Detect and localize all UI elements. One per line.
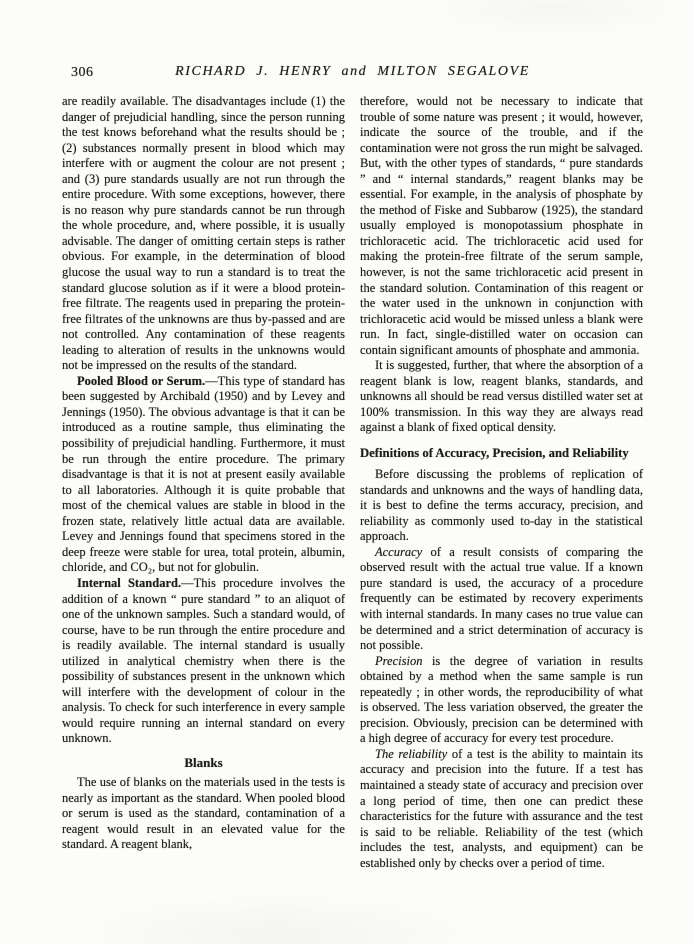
two-column-text-block: are readily available. The disadvantages… [62, 94, 643, 871]
paragraph-use-of-blanks: The use of blanks on the materials used … [62, 775, 345, 853]
page-header: 306 RICHARD J. HENRY and MILTON SEGALOVE [62, 64, 643, 84]
section-heading-definitions: Definitions of Accuracy, Precision, and … [360, 446, 643, 461]
paragraph-body: —This type of standard has been suggeste… [62, 374, 345, 575]
paragraph-reliability: The reliability of a test is the ability… [360, 747, 643, 871]
page-number: 306 [71, 65, 94, 81]
paragraph-body: —This procedure involves the addition of… [62, 576, 345, 745]
paragraph-body: of a result consists of comparing the ob… [360, 545, 643, 652]
paragraph-pooled-blood-or-serum: Pooled Blood or Serum.—This type of stan… [62, 374, 345, 576]
paragraph-precision: Precision is the degree of variation in … [360, 654, 643, 747]
section-heading-blanks: Blanks [62, 755, 345, 770]
run-in-heading-pooled-blood-or-serum: Pooled Blood or Serum. [77, 374, 205, 388]
paragraph-internal-standard: Internal Standard.—This procedure involv… [62, 576, 345, 747]
italic-lead-precision: Precision [375, 654, 422, 668]
paragraph-body: of a test is the ability to maintain its… [360, 747, 643, 870]
paragraph-accuracy: Accuracy of a result consists of compari… [360, 545, 643, 654]
running-head-title: RICHARD J. HENRY and MILTON SEGALOVE [62, 64, 643, 80]
run-in-heading-internal-standard: Internal Standard. [77, 576, 181, 590]
paragraph-reagent-blanks: therefore, would not be necessary to ind… [360, 94, 643, 358]
paragraph-absorption-suggestion: It is suggested, further, that where the… [360, 358, 643, 436]
left-column: are readily available. The disadvantages… [62, 94, 345, 871]
right-column: therefore, would not be necessary to ind… [360, 94, 643, 871]
scanned-page: 306 RICHARD J. HENRY and MILTON SEGALOVE… [0, 0, 693, 944]
italic-lead-accuracy: Accuracy [375, 545, 422, 559]
paragraph-disadvantages: are readily available. The disadvantages… [62, 94, 345, 374]
italic-lead-reliability: The reliability [375, 747, 447, 761]
paragraph-before-discussing: Before discussing the problems of replic… [360, 467, 643, 545]
